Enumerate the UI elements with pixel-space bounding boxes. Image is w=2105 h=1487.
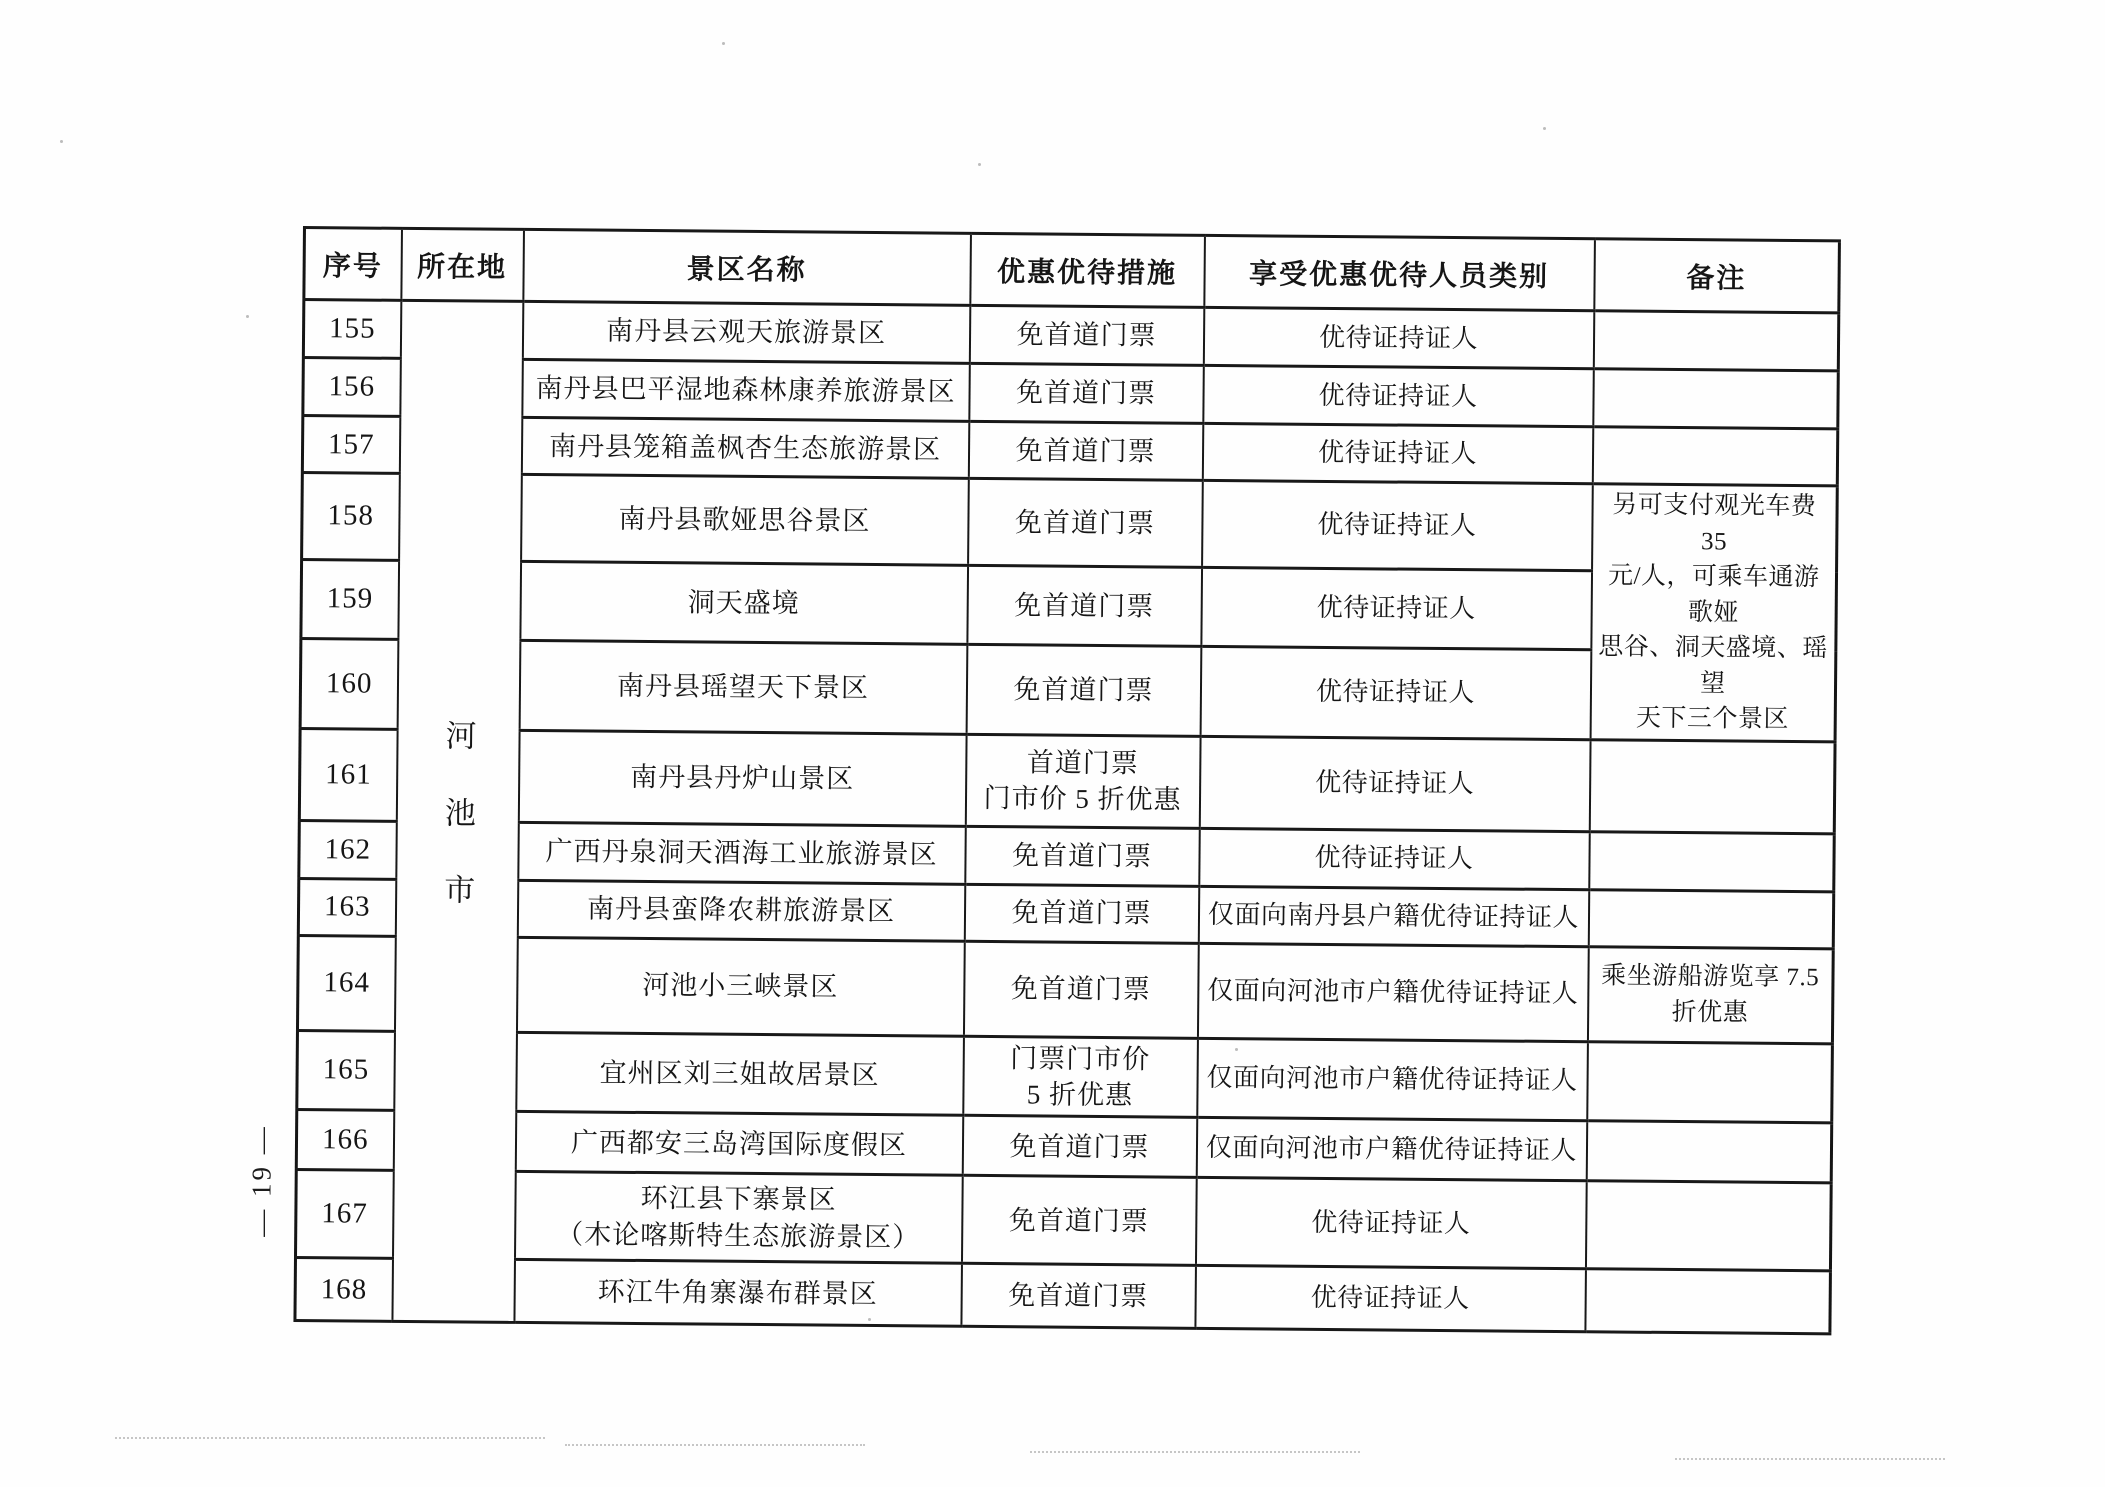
table-row: 165 宜州区刘三姐故居景区 门票门市价 5 折优惠 仅面向河池市户籍优待证持证… bbox=[297, 1030, 1833, 1123]
measure-cell: 免首道门票 bbox=[962, 1116, 1197, 1178]
category-cell: 仅面向河池市户籍优待证持证人 bbox=[1197, 943, 1588, 1041]
remark-cell bbox=[1588, 889, 1833, 948]
category-cell: 仅面向河池市户籍优待证持证人 bbox=[1196, 1118, 1587, 1181]
name-cell: 南丹县瑶望天下景区 bbox=[519, 640, 967, 734]
seq-cell: 156 bbox=[303, 358, 401, 417]
measure-cell: 免首道门票 bbox=[966, 644, 1201, 736]
scanned-document-page: — 19 — 序号 所在地 景区名称 优惠优待措施 享受优惠优待人员类别 备注 … bbox=[0, 0, 2105, 1487]
remark-cell bbox=[1589, 739, 1835, 833]
measure-cell: 免首道门票 bbox=[968, 421, 1202, 480]
category-cell: 优待证持证人 bbox=[1201, 567, 1592, 650]
name-cell: 南丹县丹炉山景区 bbox=[518, 730, 966, 826]
seq-cell: 162 bbox=[299, 820, 397, 879]
category-cell: 优待证持证人 bbox=[1199, 736, 1590, 831]
table-row: 168 环江牛角寨瀑布群景区 免首道门票 优待证持证人 bbox=[295, 1258, 1830, 1334]
table-row: 158 南丹县歌娅思谷景区 免首道门票 优待证持证人 另可支付观光车费 35 元… bbox=[302, 473, 1838, 573]
name-cell: 河池小三峡景区 bbox=[516, 937, 964, 1036]
seq-cell: 168 bbox=[295, 1258, 393, 1322]
measure-cell: 免首道门票 bbox=[961, 1176, 1196, 1266]
measure-cell: 免首道门票 bbox=[961, 1264, 1196, 1329]
name-cell: 洞天盛境 bbox=[520, 561, 968, 644]
scan-noise-band bbox=[1675, 1458, 1945, 1460]
measure-cell: 免首道门票 bbox=[964, 884, 1198, 943]
col-header-category: 享受优惠优待人员类别 bbox=[1204, 235, 1595, 310]
remark-cell bbox=[1585, 1181, 1831, 1271]
category-cell: 优待证持证人 bbox=[1203, 307, 1593, 368]
table-row: 167 环江县下寨景区 （木论喀斯特生态旅游景区） 免首道门票 优待证持证人 bbox=[295, 1170, 1831, 1271]
category-cell: 优待证持证人 bbox=[1203, 365, 1593, 426]
remark-cell bbox=[1586, 1121, 1832, 1183]
col-header-remark: 备注 bbox=[1594, 239, 1840, 313]
name-cell: 南丹县歌娅思谷景区 bbox=[521, 474, 969, 565]
name-cell: 广西丹泉洞天酒海工业旅游景区 bbox=[518, 822, 965, 884]
name-cell: 环江牛角寨瀑布群景区 bbox=[514, 1260, 962, 1327]
header-row: 序号 所在地 景区名称 优惠优待措施 享受优惠优待人员类别 备注 bbox=[304, 228, 1840, 313]
remark-cell bbox=[1587, 1041, 1833, 1123]
category-cell: 优待证持证人 bbox=[1200, 646, 1591, 739]
scan-speckle bbox=[868, 1318, 871, 1321]
name-cell: 南丹县蛮降农耕旅游景区 bbox=[517, 880, 964, 941]
page-number: — 19 — bbox=[247, 1121, 278, 1241]
measure-cell: 免首道门票 bbox=[969, 305, 1203, 365]
remark-cell bbox=[1589, 831, 1834, 891]
measure-cell: 免首道门票 bbox=[967, 565, 1202, 646]
seq-cell: 161 bbox=[299, 728, 397, 821]
seq-cell: 165 bbox=[297, 1030, 395, 1111]
seq-cell: 167 bbox=[295, 1170, 393, 1259]
measure-cell: 免首道门票 bbox=[965, 826, 1199, 886]
category-cell: 优待证持证人 bbox=[1202, 423, 1592, 483]
scan-speckle bbox=[1235, 1048, 1238, 1051]
scan-noise-band bbox=[565, 1444, 865, 1446]
location-vertical-text: 河池市 bbox=[434, 719, 481, 950]
remark-cell bbox=[1593, 369, 1838, 429]
scenic-area-preferential-table: 序号 所在地 景区名称 优惠优待措施 享受优惠优待人员类别 备注 155 河池市… bbox=[293, 226, 1841, 1336]
measure-cell: 免首道门票 bbox=[968, 478, 1203, 567]
name-cell: 南丹县巴平湿地森林康养旅游景区 bbox=[522, 359, 969, 421]
table-row: 161 南丹县丹炉山景区 首道门票 门市价 5 折优惠 优待证持证人 bbox=[299, 728, 1835, 833]
name-cell: 宜州区刘三姐故居景区 bbox=[516, 1032, 964, 1116]
location-cell: 河池市 bbox=[392, 300, 523, 1322]
measure-cell: 首道门票 门市价 5 折优惠 bbox=[965, 734, 1200, 828]
scan-noise-band bbox=[1030, 1451, 1360, 1453]
remark-cell: 乘坐游船游览享 7.5 折优惠 bbox=[1587, 946, 1833, 1043]
scan-speckle bbox=[722, 42, 725, 45]
measure-cell: 免首道门票 bbox=[963, 941, 1198, 1038]
scan-speckle bbox=[1543, 127, 1546, 130]
seq-cell: 160 bbox=[300, 638, 398, 728]
col-header-location: 所在地 bbox=[401, 228, 524, 301]
col-header-seq: 序号 bbox=[304, 228, 402, 301]
remark-cell bbox=[1585, 1269, 1831, 1334]
scan-noise-band bbox=[115, 1437, 545, 1439]
seq-cell: 159 bbox=[301, 559, 399, 639]
category-cell: 优待证持证人 bbox=[1195, 1266, 1586, 1332]
name-cell: 环江县下寨景区 （木论喀斯特生态旅游景区） bbox=[514, 1172, 962, 1264]
preferential-table-wrap: 序号 所在地 景区名称 优惠优待措施 享受优惠优待人员类别 备注 155 河池市… bbox=[293, 226, 1841, 1336]
seq-cell: 155 bbox=[303, 300, 401, 359]
name-cell: 南丹县云观天旅游景区 bbox=[522, 301, 969, 363]
seq-cell: 157 bbox=[302, 416, 399, 474]
seq-cell: 158 bbox=[302, 473, 400, 560]
seq-cell: 164 bbox=[297, 935, 395, 1031]
remark-cell-merged: 另可支付观光车费 35 元/人，可乘车通游歌娅 思谷、洞天盛境、瑶望 天下三个景… bbox=[1590, 484, 1837, 742]
name-cell: 南丹县笼箱盖枫杏生态旅游景区 bbox=[521, 417, 968, 478]
col-header-measure: 优惠优待措施 bbox=[970, 233, 1205, 307]
scan-speckle bbox=[978, 163, 981, 166]
category-cell: 优待证持证人 bbox=[1202, 480, 1593, 570]
scan-speckle bbox=[60, 140, 63, 143]
col-header-name: 景区名称 bbox=[523, 229, 971, 305]
remark-cell bbox=[1592, 427, 1837, 486]
remark-cell bbox=[1593, 311, 1838, 371]
seq-cell: 163 bbox=[298, 878, 395, 936]
category-cell: 优待证持证人 bbox=[1195, 1178, 1586, 1269]
category-cell: 仅面向河池市户籍优待证持证人 bbox=[1197, 1038, 1588, 1121]
measure-cell: 门票门市价 5 折优惠 bbox=[963, 1036, 1198, 1118]
seq-cell: 166 bbox=[296, 1110, 394, 1171]
category-cell: 仅面向南丹县户籍优待证持证人 bbox=[1198, 886, 1588, 946]
measure-cell: 免首道门票 bbox=[969, 363, 1203, 423]
name-cell: 广西都安三岛湾国际度假区 bbox=[515, 1112, 963, 1176]
table-row: 164 河池小三峡景区 免首道门票 仅面向河池市户籍优待证持证人 乘坐游船游览享… bbox=[297, 935, 1833, 1043]
category-cell: 优待证持证人 bbox=[1199, 828, 1589, 889]
scan-speckle bbox=[246, 315, 249, 318]
